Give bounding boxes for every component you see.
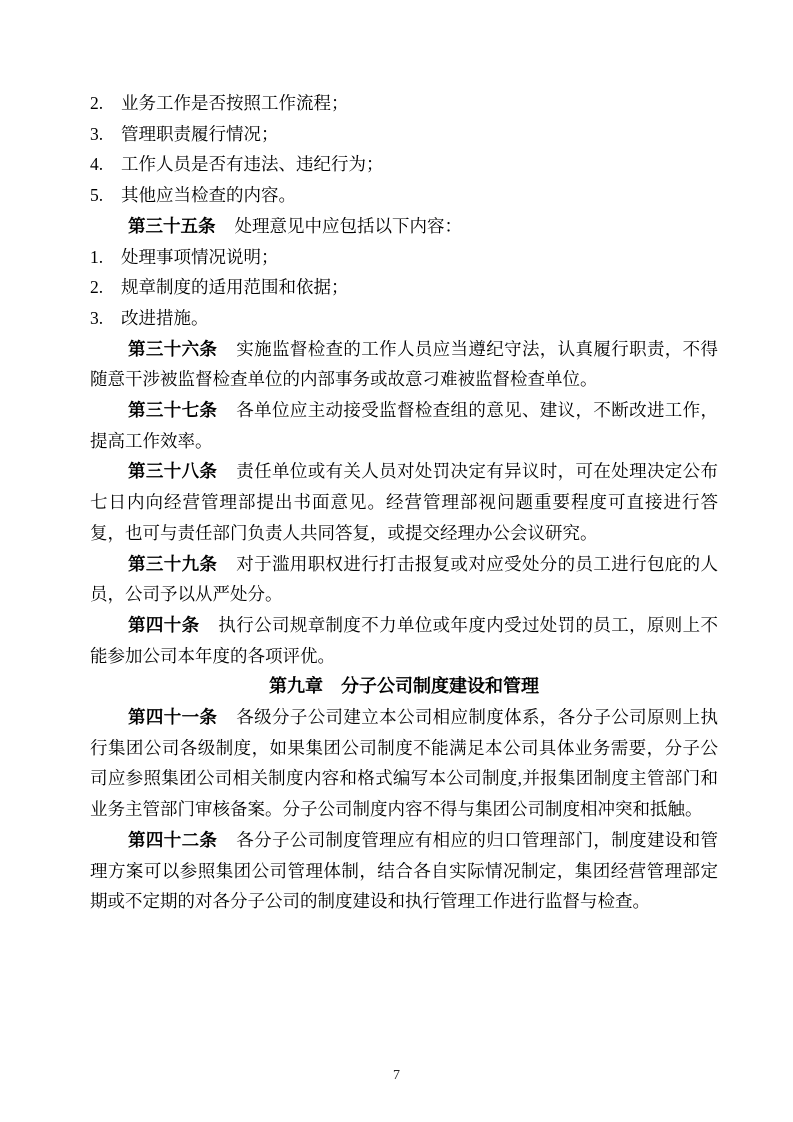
list-item: 2.业务工作是否按照工作流程； [90,88,718,119]
list-item-number: 4. [90,149,121,180]
list-item: 3.改进措施。 [90,303,718,334]
article-paragraph: 第四十一条各级分子公司建立本公司相应制度体系，各分子公司原则上执行集团公司各级制… [90,702,718,825]
list-item: 1.处理事项情况说明； [90,242,718,273]
article-paragraph: 第三十五条处理意见中应包括以下内容： [90,211,718,242]
list-item-number: 5. [90,180,121,211]
list-item-text: 规章制度的适用范围和依据； [121,277,349,297]
article-paragraph: 第三十六条实施监督检查的工作人员应当遵纪守法，认真履行职责，不得随意干涉被监督检… [90,334,718,395]
article-number: 第四十一条 [128,707,217,727]
article-number: 第三十五条 [128,216,216,236]
document-page: 2.业务工作是否按照工作流程；3.管理职责履行情况；4.工作人员是否有违法、违纪… [0,0,793,1122]
chapter-number: 第九章 [269,676,323,696]
list-item-number: 3. [90,303,121,334]
article-paragraph: 第四十条执行公司规章制度不力单位或年度内受过处罚的员工，原则上不能参加公司本年度… [90,610,718,671]
list-item-text: 工作人员是否有违法、违纪行为； [121,154,384,174]
article-number: 第三十八条 [128,461,217,481]
article-paragraph: 第四十二条各分子公司制度管理应有相应的归口管理部门，制度建设和管理方案可以参照集… [90,825,718,917]
article-paragraph: 第三十八条责任单位或有关人员对处罚决定有异议时，可在处理决定公布七日内向经营管理… [90,456,718,548]
article-paragraph: 第三十九条对于滥用职权进行打击报复或对应受处分的员工进行包庇的人员，公司予以从严… [90,549,718,610]
chapter-title: 分子公司制度建设和管理 [341,676,539,696]
article-number: 第四十二条 [128,830,217,850]
list-item-text: 改进措施。 [121,308,209,328]
article-number: 第四十条 [128,615,199,635]
list-item: 2.规章制度的适用范围和依据； [90,272,718,303]
list-item: 5.其他应当检查的内容。 [90,180,718,211]
document-body: 2.业务工作是否按照工作流程；3.管理职责履行情况；4.工作人员是否有违法、违纪… [90,88,718,917]
page-number: 7 [0,1068,793,1084]
article-number: 第三十九条 [128,554,217,574]
list-item-text: 管理职责履行情况； [121,124,279,144]
list-item-text: 其他应当检查的内容。 [121,185,296,205]
list-item-text: 业务工作是否按照工作流程； [121,93,349,113]
list-item-number: 2. [90,88,121,119]
list-item-number: 3. [90,119,121,150]
chapter-heading: 第九章分子公司制度建设和管理 [90,671,718,702]
list-item-number: 1. [90,242,121,273]
article-number: 第三十七条 [128,400,217,420]
list-item-number: 2. [90,272,121,303]
list-item: 4.工作人员是否有违法、违纪行为； [90,149,718,180]
article-number: 第三十六条 [128,339,217,359]
list-item: 3.管理职责履行情况； [90,119,718,150]
article-text: 处理意见中应包括以下内容： [235,216,463,236]
article-paragraph: 第三十七条各单位应主动接受监督检查组的意见、建议，不断改进工作，提高工作效率。 [90,395,718,456]
list-item-text: 处理事项情况说明； [121,247,279,267]
